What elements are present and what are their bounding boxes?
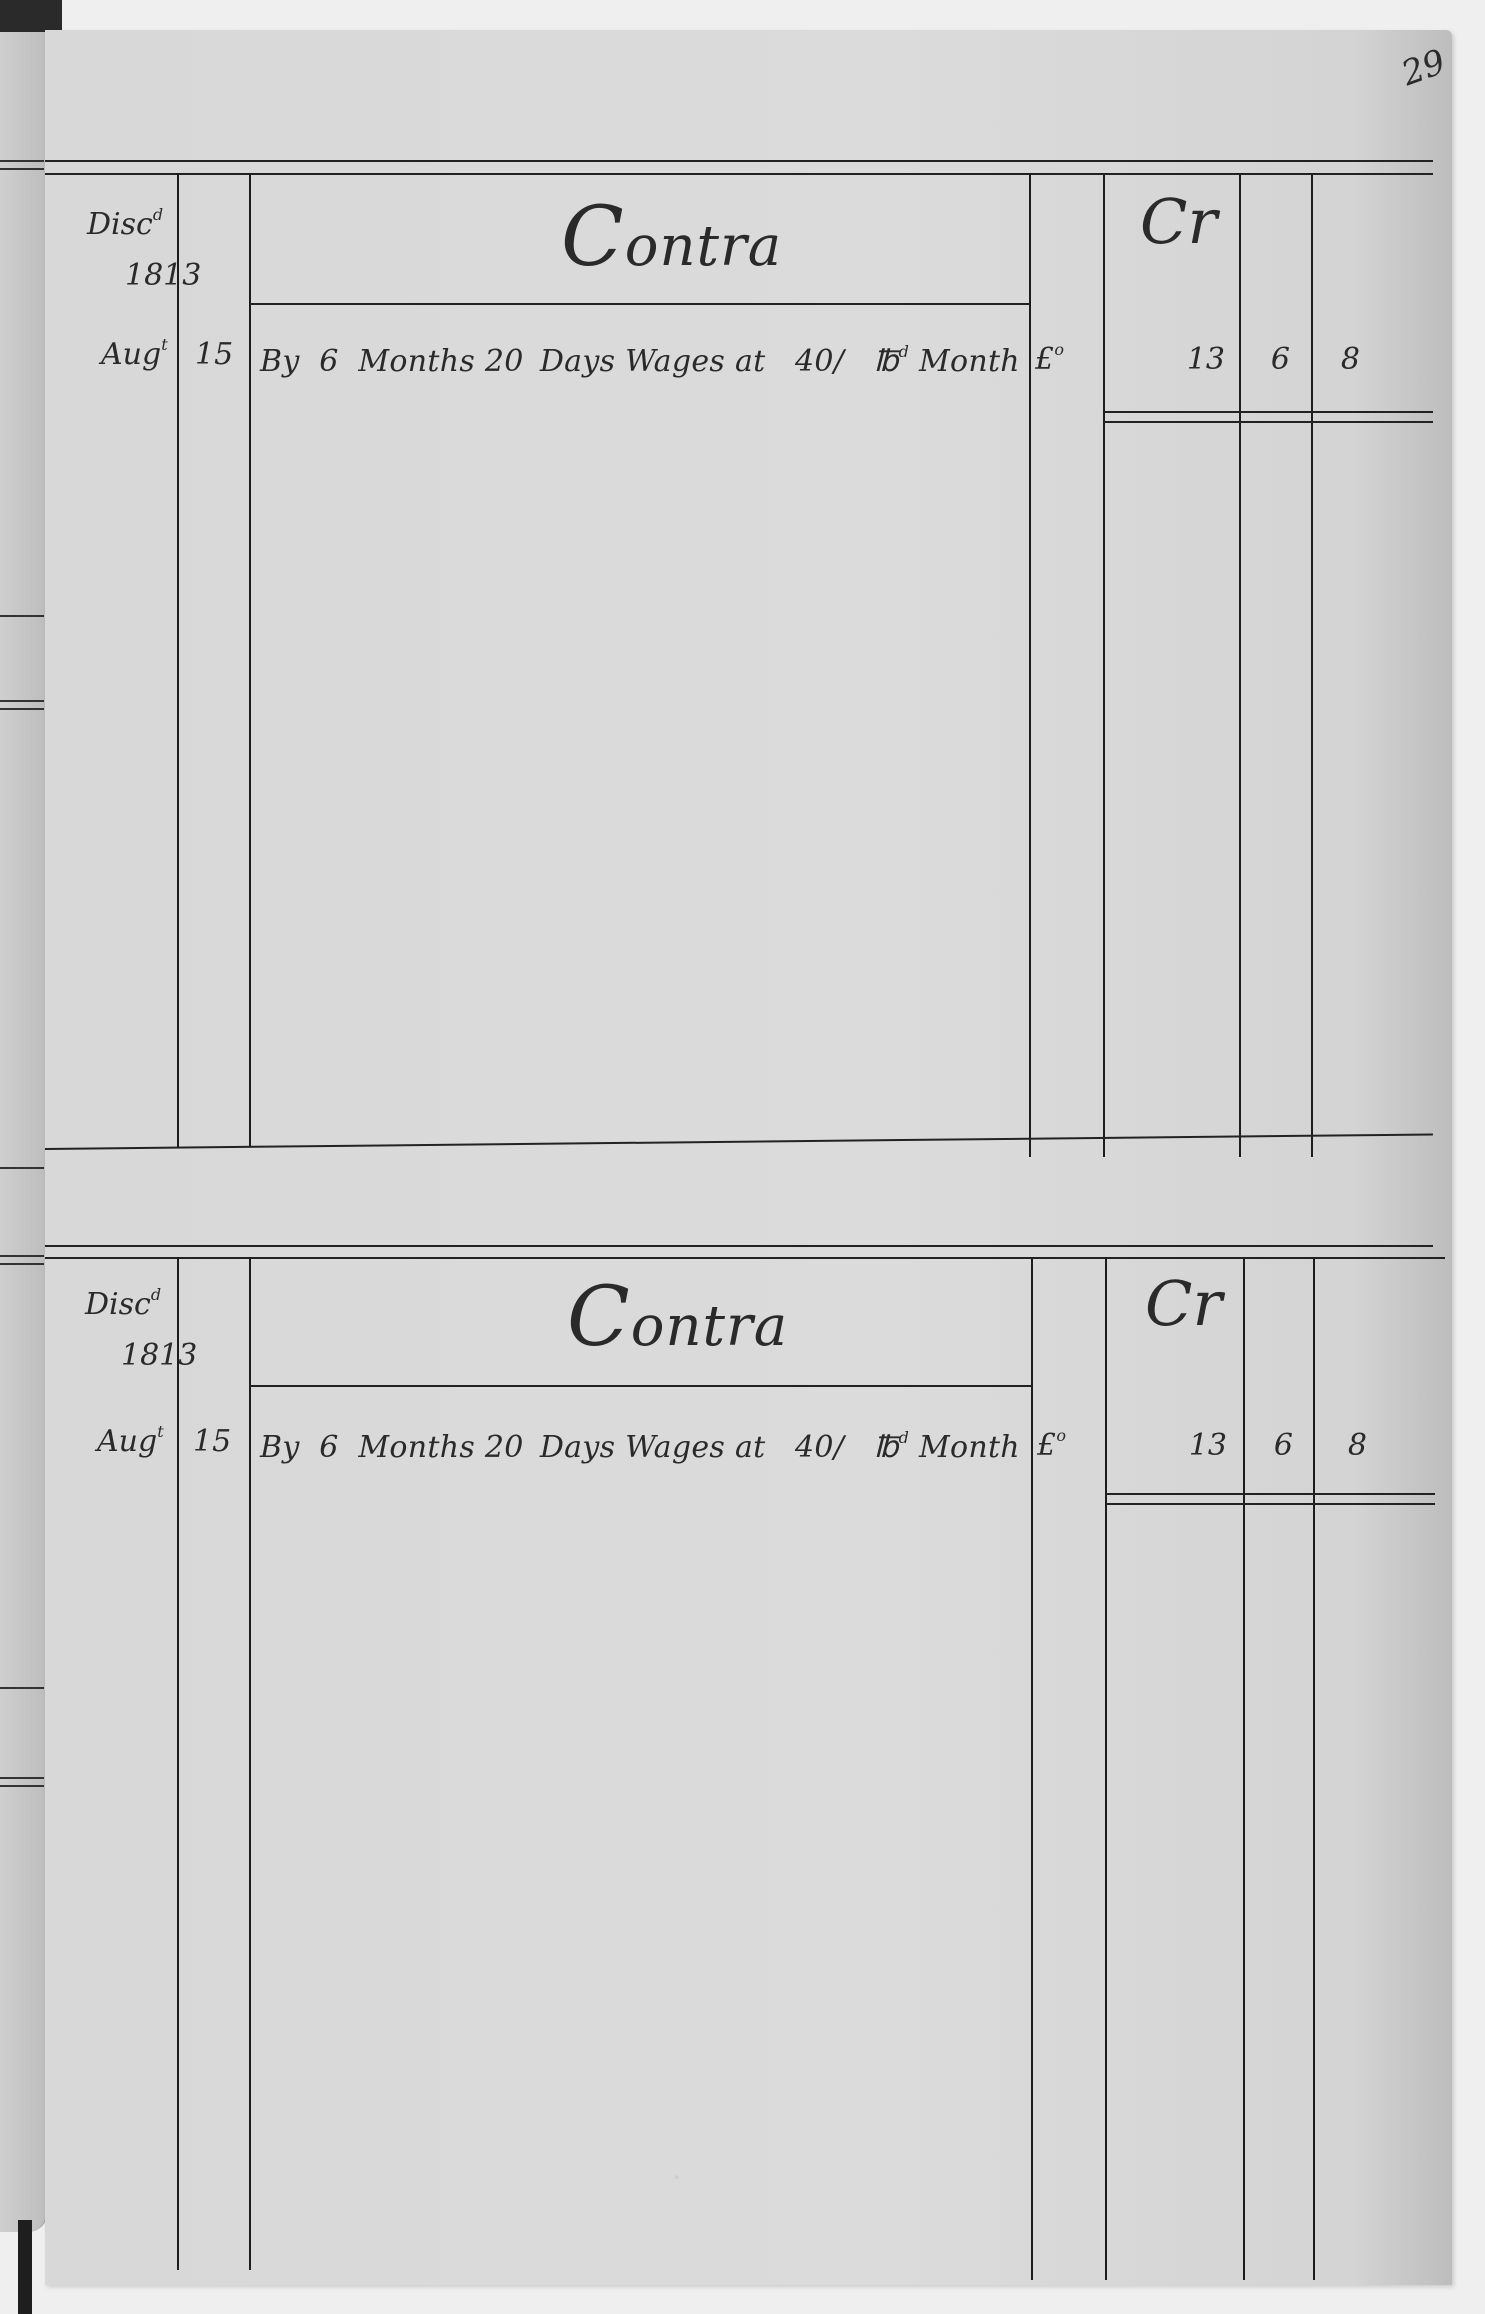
- desc-rate: 40/: [795, 344, 844, 379]
- double-rule-top: [45, 173, 1433, 175]
- double-rule-top: [45, 1245, 1433, 1247]
- desc-per: ℔: [874, 344, 899, 379]
- entry-day: 15: [193, 1424, 231, 1459]
- entry-day: 15: [195, 337, 233, 372]
- total-rule: [1103, 411, 1433, 413]
- underlying-page-edge: [0, 32, 48, 2232]
- desc-months-count: 6: [319, 1430, 338, 1465]
- page-number: 29: [1396, 42, 1450, 94]
- desc-by: By: [260, 344, 300, 379]
- underpage-rule: [0, 1687, 44, 1689]
- folio-ref: £o: [1037, 1426, 1066, 1463]
- underpage-rule: [0, 1255, 44, 1257]
- column-rule-shillings: [1311, 173, 1313, 1157]
- desc-month: Month: [919, 1430, 1020, 1465]
- date-column-label: Discd: [85, 1285, 161, 1322]
- column-rule-folio: [1105, 1257, 1107, 2280]
- desc-per-sup: d: [899, 1428, 910, 1447]
- desc-days-wages: Days Wages at: [540, 344, 766, 379]
- desc-per: ℔: [874, 1430, 899, 1465]
- underpage-rule: [0, 615, 44, 617]
- section-title: Contra: [567, 1270, 788, 1365]
- year: 1813: [121, 1338, 197, 1373]
- total-rule: [1103, 421, 1433, 423]
- ink-speck: ˙: [665, 2170, 682, 2210]
- discharged-label: Disc: [85, 1287, 151, 1322]
- desc-months: Months: [358, 344, 475, 379]
- underpage-rule: [0, 700, 44, 702]
- column-rule-description: [1031, 1257, 1033, 2280]
- underpage-rule: [0, 1785, 44, 1787]
- book-spine-bottom: [18, 2220, 32, 2314]
- total-rule: [1105, 1503, 1435, 1505]
- column-rule-folio: [1103, 173, 1105, 1157]
- amount-pence: 8: [1330, 342, 1360, 377]
- folio-ref: £o: [1035, 340, 1064, 377]
- folio-sup: o: [1056, 1426, 1066, 1445]
- folio-sup: o: [1054, 340, 1064, 359]
- entry-month: Augt: [97, 1422, 164, 1459]
- ledger-page: 29 Contra Cr Discd 1813 Augt 15 By 6 Mo: [45, 30, 1452, 2285]
- underpage-rule: [0, 168, 44, 170]
- credit-header: Cr: [1140, 185, 1217, 258]
- desc-days-count: 20: [485, 344, 524, 379]
- discharged-sup: d: [153, 205, 163, 224]
- amount-pounds: 13: [1185, 342, 1225, 377]
- amount-pounds: 13: [1187, 1428, 1227, 1463]
- discharged-sup: d: [151, 1285, 161, 1304]
- credit-header: Cr: [1145, 1267, 1222, 1340]
- column-rule-date: [177, 1257, 179, 2270]
- underpage-rule: [0, 1263, 44, 1265]
- entry-description: By 6 Months 20 Days Wages at 40/ ℔d Mont…: [260, 1428, 1020, 1465]
- desc-rate: 40/: [795, 1430, 844, 1465]
- desc-days-wages: Days Wages at: [540, 1430, 766, 1465]
- desc-month: Month: [919, 344, 1020, 379]
- desc-months: Months: [358, 1430, 475, 1465]
- column-rule-day: [249, 173, 251, 1147]
- double-rule-top: [45, 160, 1433, 162]
- year: 1813: [125, 258, 201, 293]
- column-rule-day: [249, 1257, 251, 2270]
- column-rule-date: [177, 173, 179, 1147]
- double-rule-top: [45, 1257, 1445, 1259]
- desc-months-count: 6: [319, 344, 338, 379]
- header-underline: [249, 303, 1029, 305]
- total-rule: [1105, 1493, 1435, 1495]
- credit-label: Cr: [1145, 1267, 1222, 1340]
- desc-by: By: [260, 1430, 300, 1465]
- date-column-label: Discd: [87, 205, 163, 242]
- underpage-rule: [0, 160, 44, 162]
- amount-pence: 8: [1337, 1428, 1367, 1463]
- month-text: Aug: [97, 1424, 157, 1459]
- month-sup: t: [157, 1422, 163, 1441]
- credit-label: Cr: [1140, 185, 1217, 258]
- column-rule-pounds: [1243, 1257, 1245, 2280]
- header-underline: [249, 1385, 1031, 1387]
- month-sup: t: [161, 335, 167, 354]
- entry-description: By 6 Months 20 Days Wages at 40/ ℔d Mont…: [260, 342, 1020, 379]
- underpage-rule: [0, 708, 44, 710]
- underpage-rule: [0, 1777, 44, 1779]
- entry-month: Augt: [101, 335, 168, 372]
- section-title: Contra: [561, 190, 782, 285]
- underpage-rule: [0, 1167, 44, 1169]
- discharged-label: Disc: [87, 207, 153, 242]
- desc-days-count: 20: [485, 1430, 524, 1465]
- column-rule-pounds: [1239, 173, 1241, 1157]
- column-rule-shillings: [1313, 1257, 1315, 2280]
- desc-per-sup: d: [899, 342, 910, 361]
- amount-shillings: 6: [1260, 342, 1290, 377]
- section-bottom-rule: [45, 1133, 1433, 1150]
- folio-symbol: £: [1035, 342, 1054, 377]
- amount-shillings: 6: [1263, 1428, 1293, 1463]
- column-rule-description: [1029, 173, 1031, 1157]
- month-text: Aug: [101, 337, 161, 372]
- folio-symbol: £: [1037, 1428, 1056, 1463]
